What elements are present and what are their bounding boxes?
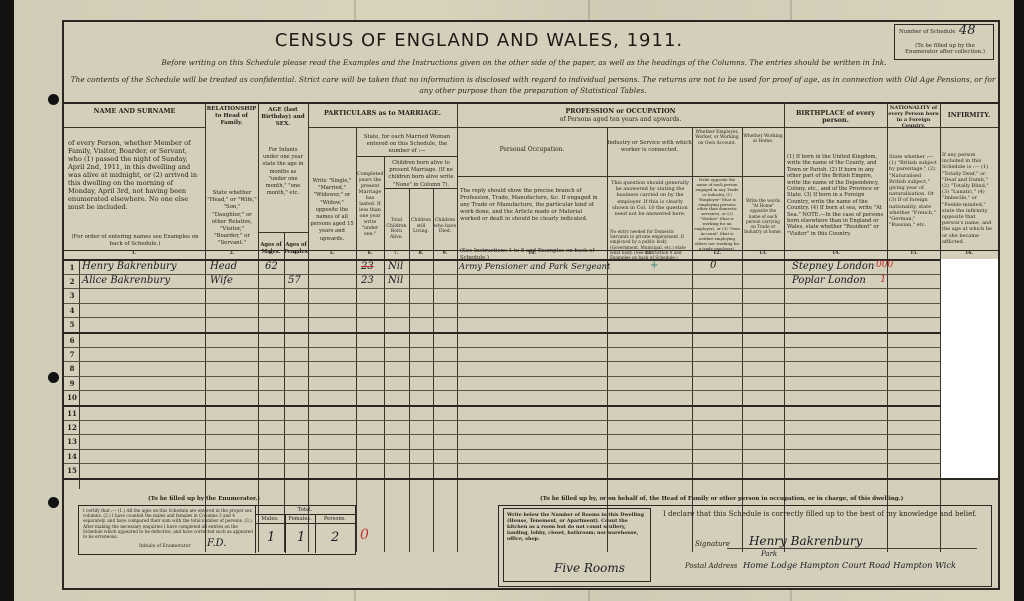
col-number: 1. [124, 251, 144, 256]
enumerator-heading: (To be filled up by the Enumerator.) [124, 496, 284, 502]
col-number: 7. [386, 251, 406, 256]
col-number: 4. [286, 251, 306, 256]
confidentiality-notice: The contents of the Schedule will be tre… [68, 74, 998, 96]
total-males: 1 [267, 530, 275, 545]
total-children-header: Total Children Born Alive. [384, 218, 409, 240]
personal-occupation-description: The reply should show the precise branch… [460, 188, 604, 223]
rule [356, 156, 457, 157]
relationship-header: RELATIONSHIP to Head of Family. [205, 106, 258, 128]
row-number: 11 [66, 409, 78, 418]
nationality-description: State whether :— (1) "British subject by… [889, 154, 939, 228]
birthplace-description: (1) If born in the United Kingdom, write… [787, 154, 885, 237]
table-row: 4 [64, 303, 998, 318]
col-number: 5. [322, 251, 342, 256]
row-number: 15 [66, 466, 78, 475]
table-row: 6 [64, 332, 998, 347]
rooms-instruction: Write below the Number of Rooms in this … [507, 512, 649, 542]
red-check-mark: 0 [360, 527, 369, 543]
table-row: 7 [64, 347, 998, 362]
postal-address-label: Postal Address [685, 562, 737, 570]
col-number: 11. [639, 251, 659, 256]
years-married-entry: 23 [361, 261, 374, 272]
marriage-header: PARTICULARS as to MARRIAGE. [308, 110, 457, 117]
table-row: 11 [64, 405, 998, 420]
col-number: 9. [435, 251, 455, 256]
rooms-count: Five Rooms [554, 561, 625, 575]
rule [315, 514, 316, 553]
col-number: 14. [826, 251, 846, 256]
rule [308, 127, 457, 128]
table-row: 12 [64, 420, 998, 435]
relationship-description: State whether "Head," or "Wife," "Son," … [207, 190, 257, 248]
row-number: 14 [66, 452, 78, 461]
rule [457, 127, 784, 128]
total-persons: 2 [331, 530, 339, 545]
column-numbers: 1. 2. 3. 4. 5. 6. 7. 8. 9. 10. 11. 12. 1… [64, 251, 998, 259]
infirmity-description: If any person included in this Schedule … [942, 152, 996, 245]
punch-hole [48, 372, 59, 383]
total-label: Total. [255, 507, 355, 513]
years-married-description: Completed years the present Marriage has… [357, 172, 383, 238]
industry-header: Industry or Service with which worker is… [607, 140, 692, 154]
enumerator-certification: I certify that :— (1.) All the ages on t… [83, 508, 253, 539]
col-number: 10. [522, 251, 542, 256]
row-number: 12 [66, 423, 78, 432]
row-number: 4 [66, 306, 78, 315]
declaration-text: I declare that this Schedule is correctl… [663, 510, 977, 518]
total-children-entry: Nil [388, 275, 403, 286]
initials-label: Initials of Enumerator [139, 544, 191, 550]
rule [64, 127, 205, 128]
name-entry: Alice Bakrenbury [82, 275, 170, 286]
col-number: 3. [261, 251, 281, 256]
instructions-line: Before writing on this Schedule please r… [84, 58, 964, 67]
rooms-box: Write below the Number of Rooms in this … [503, 508, 651, 582]
occupation-entry: Army Pensioner and Park Sergeant [459, 262, 610, 272]
row-number: 13 [66, 437, 78, 446]
rule [255, 523, 355, 524]
nationality-header: NATIONALITY of every Person born in a Fo… [887, 105, 940, 129]
row-number: 6 [66, 336, 78, 345]
industry-description: This question should generally be answer… [610, 180, 690, 217]
table-row: 5 [64, 317, 998, 332]
row-number: 9 [66, 379, 78, 388]
persons-label: Persons. [315, 516, 355, 522]
enumerator-box: I certify that :— (1.) All the ages on t… [78, 505, 356, 555]
schedule-number: 48 [959, 23, 976, 38]
signature: Henry Bakrenbury [749, 534, 862, 548]
head-section-heading: (To be filled up by, or on behalf of, th… [540, 496, 960, 502]
home-header: Whether Working at Home. [742, 134, 784, 145]
col-number: 12. [707, 251, 727, 256]
years-married-entry: 23 [361, 275, 374, 286]
rule [255, 514, 355, 515]
table-row: 14 [64, 449, 998, 464]
head-section-box: Write below the Number of Rooms in this … [498, 505, 992, 587]
table-row: 13 [64, 434, 998, 449]
col-number: 8. [411, 251, 431, 256]
postal-address: Home Lodge Hampton Court Road Hampton Wi… [743, 560, 956, 570]
row-number: 1 [66, 263, 78, 272]
name-note: (For order of entering names see Example… [68, 234, 202, 248]
enumerator-initials: F.D. [207, 538, 226, 549]
address-insert: Park [761, 550, 777, 558]
red-coding-mark: 1 [880, 274, 886, 285]
table-row: 8 [64, 361, 998, 376]
table-row: 3 [64, 288, 998, 303]
males-label: Males. [255, 516, 285, 522]
row-number: 2 [66, 277, 78, 286]
occupation-header: PROFESSION or OCCUPATION [457, 108, 784, 115]
age-header: AGE (last Birthday) and SEX. [258, 107, 308, 129]
birthplace-entry: Stepney London [792, 261, 874, 272]
col-number: 13. [753, 251, 773, 256]
relationship-entry: Head [210, 261, 237, 272]
row-number: 7 [66, 350, 78, 359]
relationship-entry: Wife [210, 275, 233, 286]
table-row: 15 [64, 463, 998, 478]
punch-hole [48, 94, 59, 105]
redacted-infirmity-area [941, 259, 998, 478]
table-bottom-rule [64, 478, 998, 480]
children-description: Children born alive to present Marriage.… [385, 160, 457, 189]
birthplace-header: BIRTHPLACE of every person. [784, 110, 887, 124]
row-number: 10 [66, 393, 78, 402]
total-females: 1 [297, 530, 305, 545]
row-number: 5 [66, 320, 78, 329]
table-row: 10 [64, 390, 998, 405]
children-living-header: Children still Living. [409, 218, 433, 235]
name-entry: Henry Bakrenbury [82, 261, 176, 272]
signature-line [727, 548, 977, 549]
name-header: NAME AND SURNAME [64, 108, 205, 115]
census-form: CENSUS OF ENGLAND AND WALES, 1911. Befor… [62, 20, 1000, 590]
employer-entry: 0 [710, 260, 716, 271]
home-description: Write the words "At Home" opposite the n… [744, 198, 782, 234]
children-died-header: Children who have Died. [433, 218, 457, 235]
row-number: 3 [66, 291, 78, 300]
page-title: CENSUS OF ENGLAND AND WALES, 1911. [64, 30, 894, 51]
table-row: 1 Henry Bakrenbury Head 62 23 Nil Army P… [64, 259, 998, 274]
rule [285, 514, 286, 553]
rule [258, 232, 308, 233]
signature-label: Signature [695, 540, 730, 548]
employer-header: Whether Employer, Worker, or Working on … [692, 130, 742, 146]
marriage-status-description: Write "Single," "Married," "Widower," or… [310, 178, 354, 243]
col-number: 6. [360, 251, 380, 256]
coding-mark: + [650, 260, 658, 271]
rule [384, 188, 457, 189]
red-coding-mark: 000 [876, 260, 893, 270]
table-row: 9 [64, 376, 998, 391]
employer-description: Write opposite the name of each person e… [693, 178, 741, 252]
occupation-subheader: of Persons aged ten years and upwards. [457, 116, 784, 123]
age-female-entry: 57 [288, 275, 301, 286]
age-male-entry: 62 [265, 261, 278, 272]
schedule-number-note: (To be filled up by the Enumerator after… [899, 43, 991, 55]
total-children-entry: Nil [388, 261, 403, 272]
schedule-number-label: Number of Schedule [899, 29, 955, 35]
col-number: 15. [904, 251, 924, 256]
punch-hole [48, 497, 59, 508]
age-description: For Infants under one year state the age… [260, 147, 306, 197]
row-number: 8 [66, 364, 78, 373]
col-number: 2. [222, 251, 242, 256]
females-label: Females. [285, 516, 315, 522]
infirmity-header: INFIRMITY. [940, 112, 998, 119]
name-description: of every Person, whether Member of Famil… [68, 139, 202, 211]
birthplace-entry: Poplar London [792, 275, 866, 286]
married-woman-note: State, for each Married Woman entered on… [357, 134, 457, 156]
table-row: 2 Alice Bakrenbury Wife 57 23 Nil Poplar… [64, 274, 998, 289]
personal-occupation-header: Personal Occupation. [457, 146, 607, 153]
schedule-number-box: Number of Schedule 48 (To be filled up b… [894, 24, 994, 60]
col-number: 16. [959, 251, 979, 256]
